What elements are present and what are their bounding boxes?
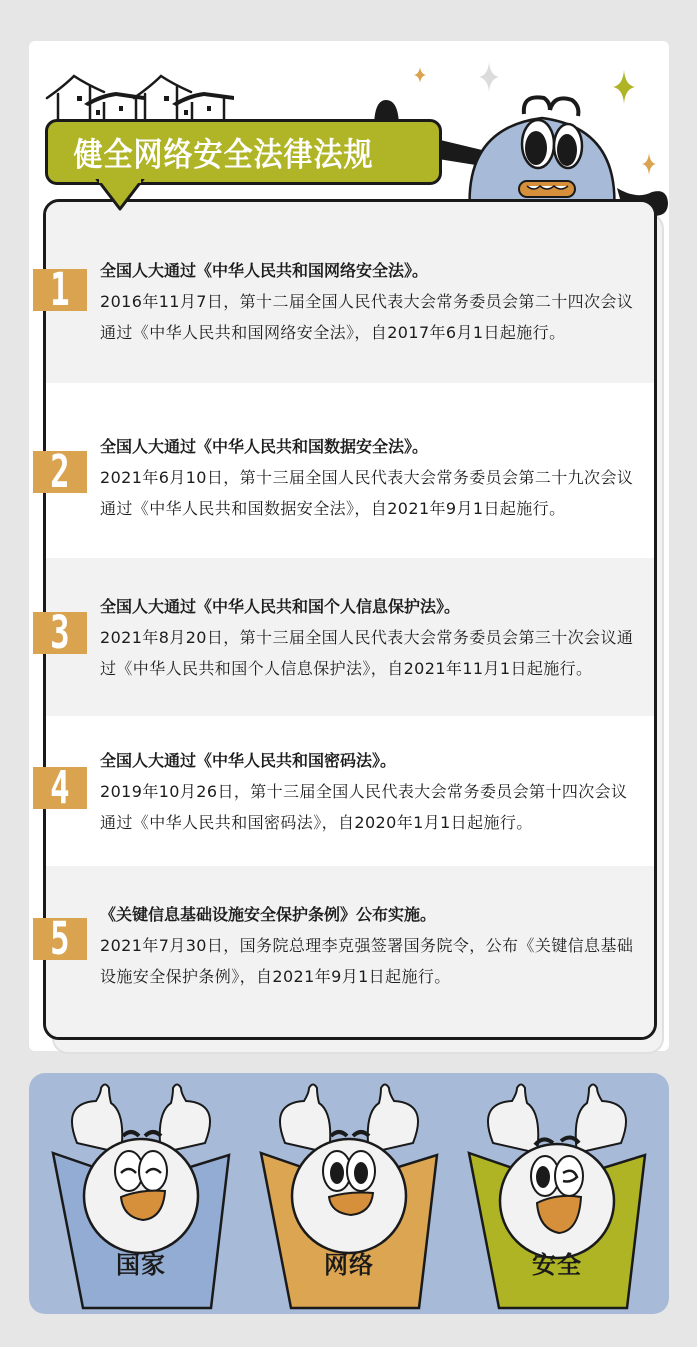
law-body: 2021年6月10日，第十三届全国人民代表大会常务委员会第二十九次会议通过《中华… (100, 462, 640, 524)
law-heading: 《关键信息基础设施安全保护条例》公布实施。 (100, 899, 640, 930)
law-heading: 全国人大通过《中华人民共和国密码法》。 (100, 745, 640, 776)
number-badge-4: 4 (33, 767, 87, 809)
law-item-4: 全国人大通过《中华人民共和国密码法》。 2019年10月26日，第十三届全国人民… (46, 716, 654, 866)
mascot-label: 国家 (41, 1245, 241, 1280)
law-heading: 全国人大通过《中华人民共和国网络安全法》。 (100, 255, 640, 286)
law-body: 2016年11月7日，第十二届全国人民代表大会常务委员会第二十四次会议通过《中华… (100, 286, 640, 348)
number-badge-5: 5 (33, 918, 87, 960)
laws-card: 全国人大通过《中华人民共和国网络安全法》。 2016年11月7日，第十二届全国人… (43, 199, 657, 1040)
law-item-1: 全国人大通过《中华人民共和国网络安全法》。 2016年11月7日，第十二届全国人… (46, 202, 654, 383)
law-body: 2019年10月26日，第十三届全国人民代表大会常务委员会第十四次会议通过《中华… (100, 776, 640, 838)
law-heading: 全国人大通过《中华人民共和国个人信息保护法》。 (100, 591, 640, 622)
mascot-network: 网络 (249, 1073, 449, 1314)
law-body: 2021年8月20日，第十三届全国人民代表大会常务委员会第三十次会议通过《中华人… (100, 622, 640, 684)
mascot-label: 安全 (457, 1245, 657, 1280)
sparkle-icon (414, 67, 426, 83)
law-heading: 全国人大通过《中华人民共和国数据安全法》。 (100, 431, 640, 462)
mascot-security: 安全 (457, 1073, 657, 1314)
mascot-country: 国家 (41, 1073, 241, 1314)
houses-icon (44, 72, 244, 122)
mascot-label: 网络 (249, 1245, 449, 1280)
number-badge-2: 2 (33, 451, 87, 493)
law-item-2: 全国人大通过《中华人民共和国数据安全法》。 2021年6月10日，第十三届全国人… (46, 383, 654, 558)
page-title: 健全网络安全法律法规 (73, 129, 413, 175)
title-banner: 健全网络安全法律法规 (45, 119, 442, 185)
law-body: 2021年7月30日，国务院总理李克强签署国务院令，公布《关键信息基础设施安全保… (100, 930, 640, 992)
mascots-panel: 国家 网络 安全 (29, 1073, 669, 1314)
law-item-3: 全国人大通过《中华人民共和国个人信息保护法》。 2021年8月20日，第十三届全… (46, 558, 654, 716)
number-badge-1: 1 (33, 269, 87, 311)
number-badge-3: 3 (33, 612, 87, 654)
law-item-5: 《关键信息基础设施安全保护条例》公布实施。 2021年7月30日，国务院总理李克… (46, 866, 654, 1040)
banner-pointer-icon (95, 179, 145, 211)
